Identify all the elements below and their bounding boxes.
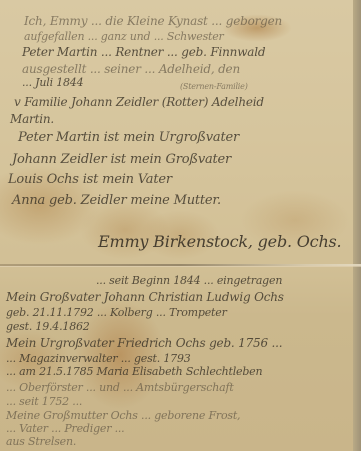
text-line: aufgefallen ... ganz und ... Schwester — [24, 30, 224, 43]
text-line: gest. 19.4.1862 — [6, 320, 90, 333]
document-scan: Ich, Emmy ... die Kleine Kynast ... gebo… — [0, 0, 361, 451]
stain — [80, 200, 170, 260]
text-line: Peter Martin ist mein Urgroßvater — [18, 130, 239, 145]
text-line: Mein Großvater Johann Christian Ludwig O… — [6, 290, 284, 304]
signature: Emmy Birkenstock, geb. Ochs. — [98, 232, 341, 251]
text-line: ... Magazinverwalter ... gest. 1793 — [6, 352, 191, 365]
text-line: Peter Martin ... Rentner ... geb. Finnwa… — [22, 45, 265, 59]
fold-line-highlight — [0, 266, 361, 267]
text-line: Mein Urgroßvater Friedrich Ochs geb. 175… — [6, 336, 282, 350]
text-line: ... Oberförster ... und ... Amtsbürgersc… — [6, 381, 234, 394]
text-line: ... seit 1752 ... — [6, 395, 82, 408]
text-line: ... Juli 1844 — [22, 76, 83, 89]
text-line: Louis Ochs ist mein Vater — [8, 172, 172, 187]
text-line: Meine Großmutter Ochs ... geborene Frost… — [6, 409, 240, 422]
text-line: ... am 21.5.1785 Maria Elisabeth Schlech… — [6, 365, 262, 378]
text-line: ... seit Beginn 1844 ... eingetragen — [96, 274, 282, 287]
text-line: ... Vater ... Prediger ... — [6, 422, 124, 435]
text-line: geb. 21.11.1792 ... Kolberg ... Trompete… — [6, 306, 227, 319]
text-line: Martin. — [10, 112, 54, 126]
text-line: Johann Zeidler ist mein Großvater — [12, 152, 231, 167]
text-line: ausgestellt ... seiner ... Adelheid, den — [22, 62, 240, 76]
text-line: Anna geb. Zeidler meine Mutter. — [12, 193, 221, 208]
text-line: v Familie Johann Zeidler (Rotter) Adelhe… — [14, 95, 264, 109]
paper-edge — [353, 0, 361, 451]
superscript-note: (Sternen-Familie) — [180, 82, 248, 91]
text-line: aus Strelsen. — [6, 435, 76, 448]
text-line: Ich, Emmy ... die Kleine Kynast ... gebo… — [24, 14, 282, 28]
